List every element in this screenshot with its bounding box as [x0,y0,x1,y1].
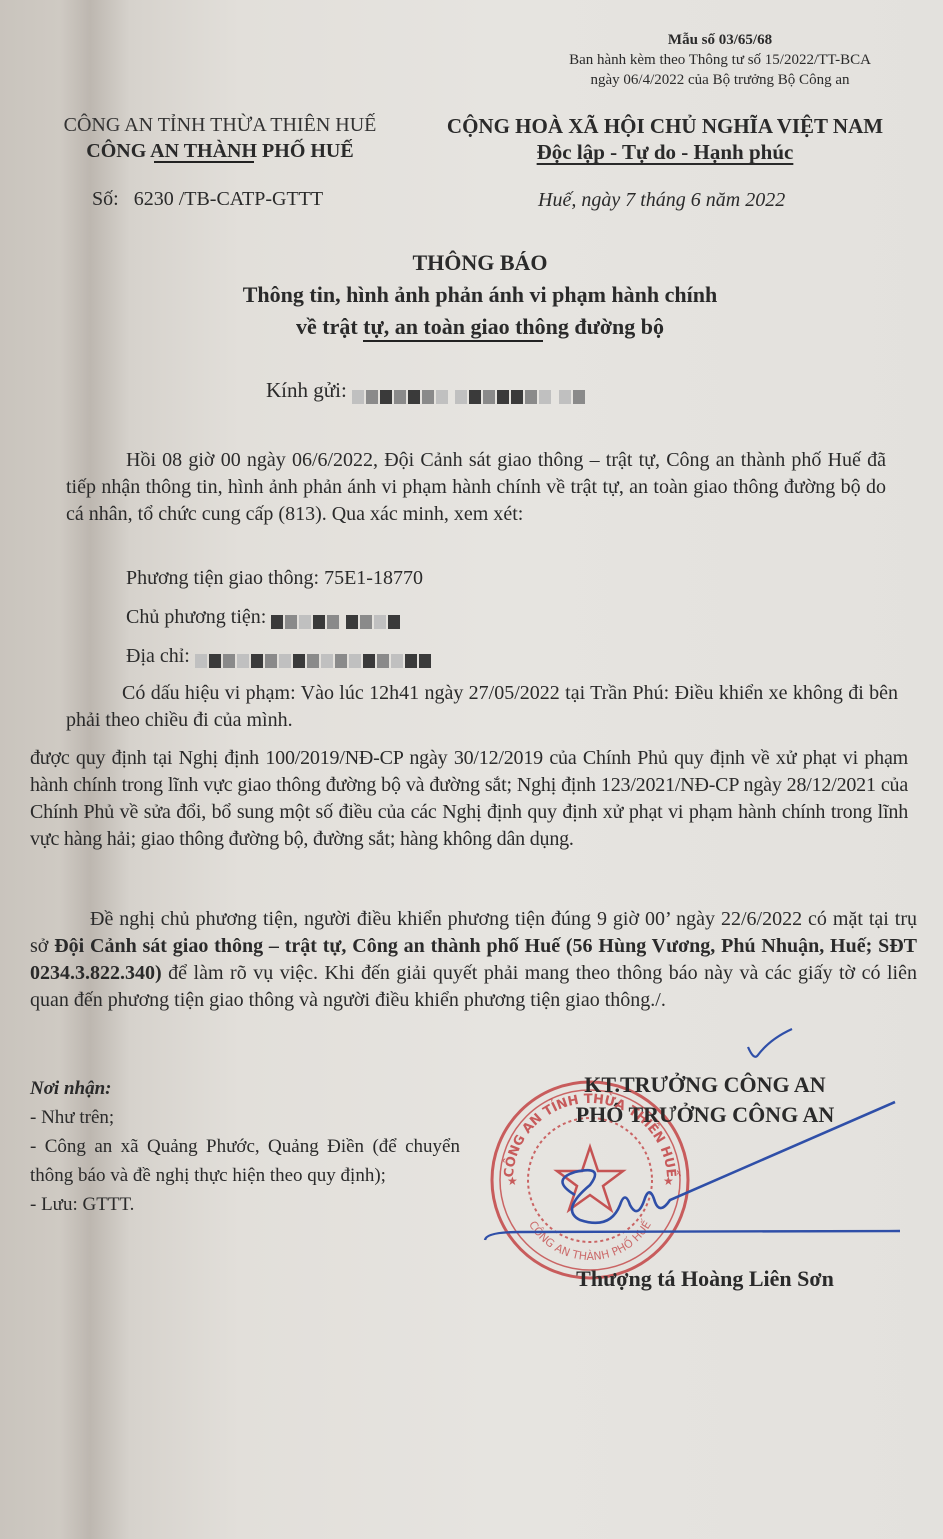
legal-basis-paragraph: được quy định tại Nghị định 100/2019/NĐ-… [30,745,908,853]
recipients-heading: Nơi nhận: [30,1074,460,1103]
national-header: CỘNG HOÀ XÃ HỘI CHỦ NGHĨA VIỆT NAM Độc l… [425,113,905,165]
title-underline [363,340,543,342]
redacted-addressee [352,383,587,401]
owner-row: Chủ phương tiện: [126,606,402,629]
recipient-item: - Lưu: GTTT. [30,1190,460,1219]
request-paragraph: Đề nghị chủ phương tiện, người điều khiể… [30,906,917,1014]
address-row: Địa chỉ: [126,645,433,668]
national-motto: Độc lập - Tự do - Hạnh phúc [537,140,794,164]
place-date: Huế, ngày 7 tháng 6 năm 2022 [538,189,785,212]
recipient-item: - Như trên; [30,1103,460,1132]
national-name: CỘNG HOÀ XÃ HỘI CHỦ NGHĨA VIỆT NAM [425,113,905,139]
redacted-address [195,648,433,666]
recipients-block: Nơi nhận: - Như trên; - Công an xã Quảng… [30,1074,460,1219]
form-issued-date: ngày 06/4/2022 của Bộ trưởng Bộ Công an [560,70,880,90]
title-main: THÔNG BÁO [130,247,830,279]
form-code-block: Mẫu số 03/65/68 Ban hành kèm theo Thông … [560,30,880,90]
checkmark-icon [740,1025,800,1065]
title-sub2: về trật tự, an toàn giao thông đường bộ [130,311,830,343]
document-title: THÔNG BÁO Thông tin, hình ảnh phản ánh v… [130,247,830,343]
issuer-underline [154,161,254,163]
vehicle-row: Phương tiện giao thông: 75E1-18770 [126,567,423,590]
issuer-parent: CÔNG AN TỈNH THỪA THIÊN HUẾ [30,112,410,138]
form-issued-line: Ban hành kèm theo Thông tư số 15/2022/TT… [560,50,880,70]
addressee: Kính gửi: [266,378,587,403]
redacted-owner [271,609,402,627]
handwritten-signature-icon [480,1080,900,1250]
issuer-header: CÔNG AN TỈNH THỪA THIÊN HUẾ CÔNG AN THÀN… [30,112,410,164]
address-label: Địa chỉ: [126,645,190,667]
intro-paragraph: Hồi 08 giờ 00 ngày 06/6/2022, Đội Cảnh s… [66,447,886,528]
owner-label: Chủ phương tiện: [126,606,266,628]
document-number: Số: 6230 /TB-CATP-GTTT [92,188,323,211]
document-number-value: 6230 /TB-CATP-GTTT [134,188,323,210]
violation-paragraph: Có dấu hiệu vi phạm: Vào lúc 12h41 ngày … [66,680,898,734]
signer-name: Thượng tá Hoàng Liên Sơn [505,1266,905,1292]
request-text-b: để làm rõ vụ việc. Khi đến giải quyết ph… [30,962,917,1011]
addressee-label: Kính gửi: [266,378,347,402]
document-number-label: Số: [92,188,119,210]
vehicle-plate: 75E1-18770 [324,567,423,589]
vehicle-label: Phương tiện giao thông: [126,567,319,589]
form-number: Mẫu số 03/65/68 [560,30,880,50]
recipient-item: - Công an xã Quảng Phước, Quảng Điền (để… [30,1132,460,1190]
title-sub1: Thông tin, hình ảnh phản ánh vi phạm hàn… [130,279,830,311]
